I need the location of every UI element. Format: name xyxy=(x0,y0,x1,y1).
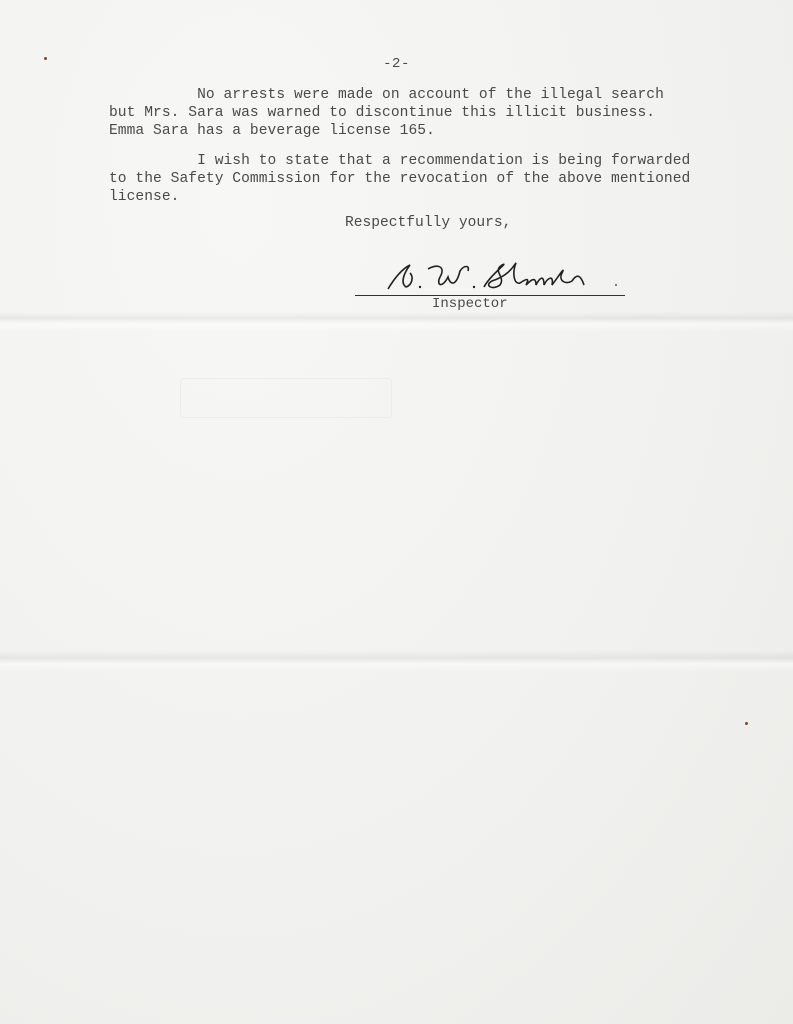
paragraph-line: but Mrs. Sara was warned to discontinue … xyxy=(109,105,655,121)
paragraph-line: No arrests were made on account of the i… xyxy=(109,87,664,103)
handwritten-signature xyxy=(380,255,630,295)
paragraph-arrests: No arrests were made on account of the i… xyxy=(109,86,749,140)
paper-speck xyxy=(745,722,748,725)
embossed-seal-mark xyxy=(180,378,392,418)
paragraph-line: license. xyxy=(109,189,179,205)
page-number: -2- xyxy=(0,56,793,72)
letter-page: -2- No arrests were made on account of t… xyxy=(0,0,793,1024)
paragraph-recommendation: I wish to state that a recommendation is… xyxy=(109,152,749,206)
paper-speck xyxy=(44,57,47,60)
signer-title: Inspector xyxy=(432,296,508,312)
paragraph-line: I wish to state that a recommendation is… xyxy=(109,153,690,169)
paragraph-line: Emma Sara has a beverage license 165. xyxy=(109,123,435,139)
closing: Respectfully yours, xyxy=(345,215,511,231)
paragraph-line: to the Safety Commission for the revocat… xyxy=(109,171,690,187)
